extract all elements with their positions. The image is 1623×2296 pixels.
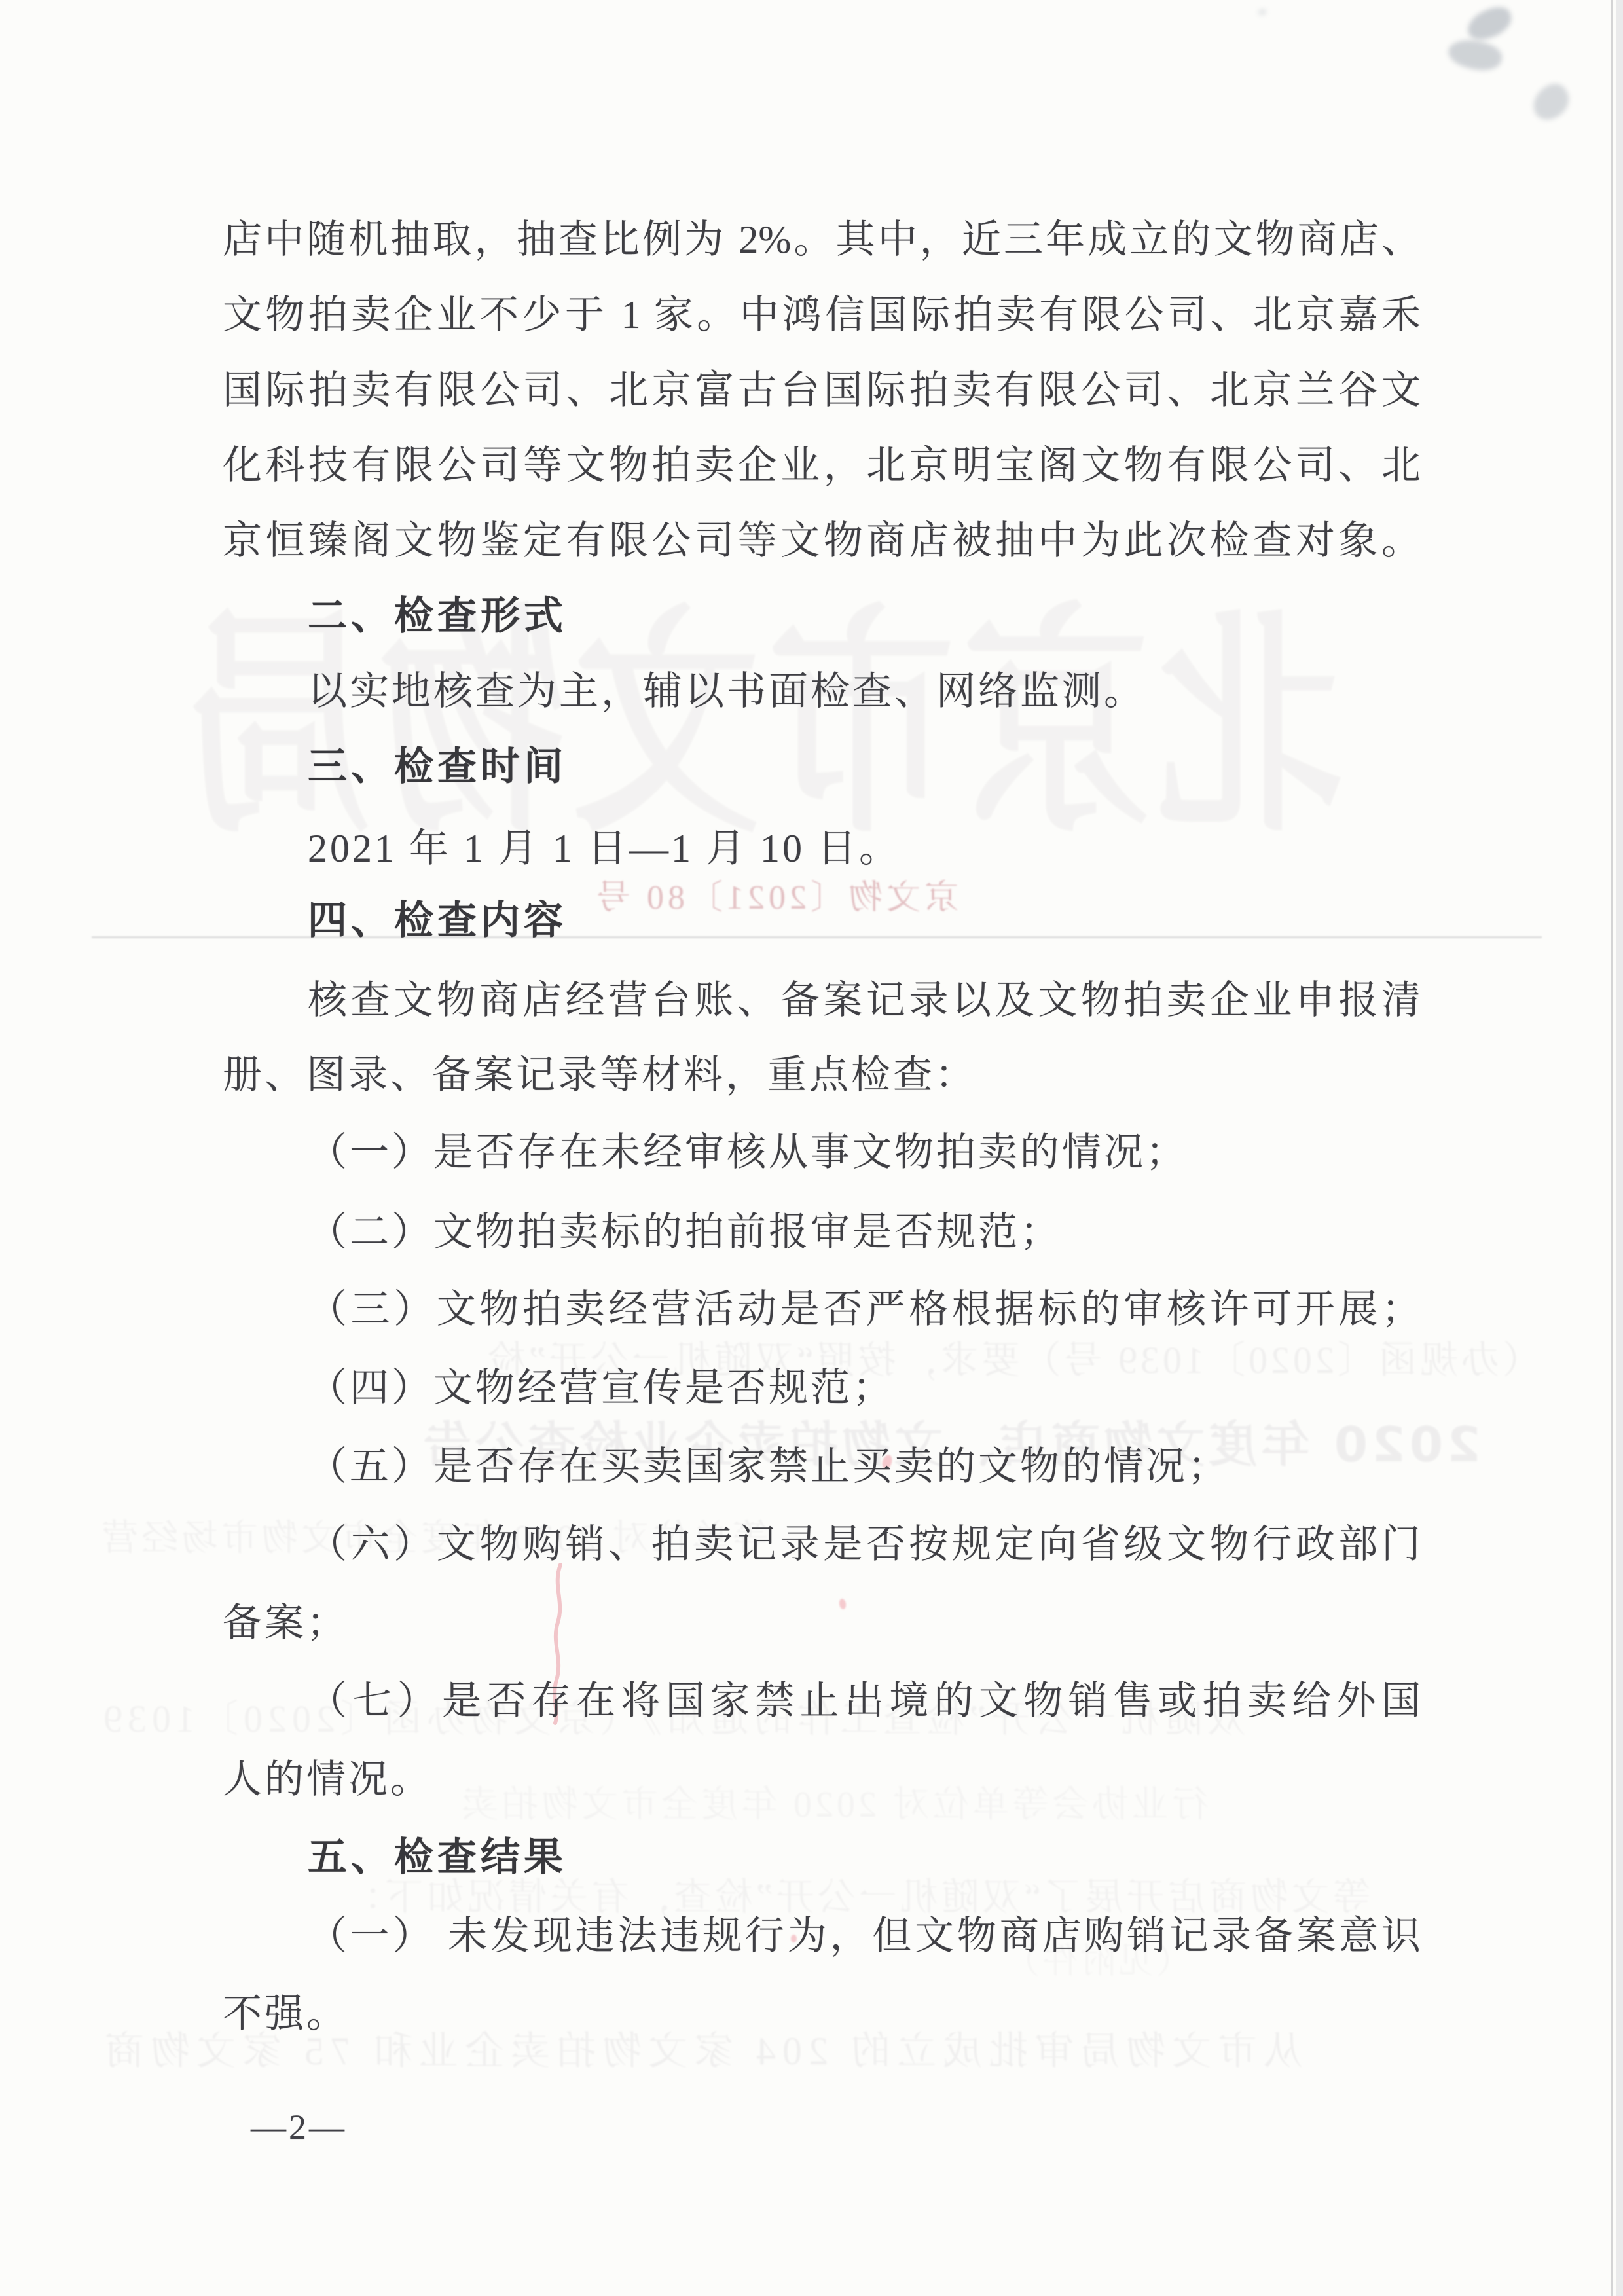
document-heading-line: 二、检查形式 [308,594,567,639]
scan-edge-line [1611,0,1613,2296]
document-line: 以实地核查为主，辅以书面检查、网络监测。 [308,669,1146,714]
document-line: 2021 年 1 月 1 日—1 月 10 日。 [308,826,901,871]
document-line: （四）文物经营宣传是否规范； [308,1366,894,1411]
document-line: 册、图录、备案记录等材料，重点检查： [223,1053,977,1098]
document-line: （五）是否存在买卖国家禁止买卖的文物的情况； [308,1444,1230,1489]
document-line: 人的情况。 [223,1757,432,1802]
document-line: （七）是否存在将国家禁止出境的文物销售或拍卖给外国 [308,1679,1421,1724]
document-line: （二）文物拍卖标的拍前报审是否规范； [308,1210,1062,1255]
document-line: 京恒臻阁文物鉴定有限公司等文物商店被抽中为此次检查对象。 [223,519,1421,564]
scanned-page: 北京市文物局京文物〔2021〕80 号（办规函〔2020〕1039 号）要求，按… [0,0,1623,2296]
document-line: 核查文物商店经营台账、备案记录以及文物拍卖企业申报清 [308,978,1421,1023]
page-number: —2— [251,2107,347,2147]
document-line: 国际拍卖有限公司、北京富古台国际拍卖有限公司、北京兰谷文 [223,368,1421,413]
document-heading-line: 四、检查内容 [308,898,567,943]
pink-speck [839,1598,847,1609]
document-line: （一）是否存在未经审核从事文物拍卖的情况； [308,1130,1188,1175]
bleed-through-line: 行业协会等单位对 2020 年度全市文物拍卖 [458,1776,1209,1828]
smudge-mark [1258,9,1266,15]
document-line: 店中随机抽取，抽查比例为 2%。其中，近三年成立的文物商店、 [223,217,1421,263]
scan-edge-line [1616,0,1623,2296]
smudge-mark [1446,34,1505,76]
document-line: （三）文物拍卖经营活动是否严格根据标的审核许可开展； [308,1287,1421,1332]
document-line: （一） 未发现违法违规行为，但文物商店购销记录备案意识 [308,1914,1421,1959]
document-line: 不强。 [223,1992,348,2037]
document-heading-line: 五、检查结果 [308,1835,567,1880]
document-line: （六）文物购销、拍卖记录是否按规定向省级文物行政部门 [308,1522,1421,1567]
smudge-mark [1463,3,1516,44]
document-line: 备案； [223,1601,348,1646]
document-line: 文物拍卖企业不少于 1 家。中鸿信国际拍卖有限公司、北京嘉禾 [223,293,1421,338]
bleed-through-line: 京文物〔2021〕80 号 [593,869,958,919]
smudge-mark [1527,79,1576,125]
document-line: 化科技有限公司等文物拍卖企业，北京明宝阁文物有限公司、北 [223,443,1421,488]
document-heading-line: 三、检查时间 [308,744,567,790]
